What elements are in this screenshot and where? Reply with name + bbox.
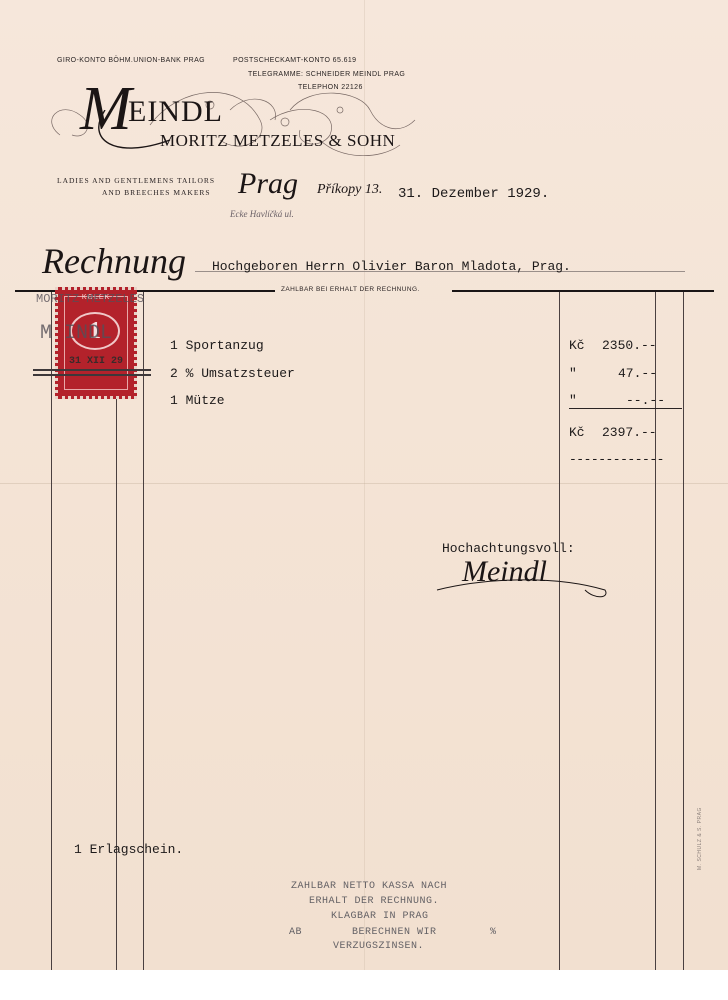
- line-item-currency: Kč: [569, 338, 585, 353]
- enclosure-note: 1 Erlagschein.: [74, 842, 183, 857]
- rubber-stamp-line: AB: [289, 927, 302, 938]
- column-divider: [143, 292, 144, 970]
- telegram-address: TELEGRAMME: SCHNEIDER MEINDL PRAG: [248, 71, 405, 78]
- line-item-description: 1 Sportanzug: [170, 338, 264, 353]
- column-divider: [683, 292, 684, 970]
- invoice-date: 31. Dezember 1929.: [398, 186, 549, 202]
- postal-account: POSTSCHECKAMT-KONTO 65.619: [233, 57, 356, 64]
- tagline-line-1: LADIES AND GENTLEMENS TAILORS: [57, 176, 215, 185]
- stamp-overprint-mid: M INDL: [40, 322, 112, 345]
- stamp-overprint-top: MORITZ METZELES: [36, 292, 144, 306]
- rubber-stamp-line: ZAHLBAR NETTO KASSA NACH: [291, 881, 447, 892]
- recipient: Hochgeboren Herrn Olivier Baron Mladota,…: [212, 259, 571, 274]
- payment-note: ZAHLBAR BEI ERHALT DER RECHNUNG.: [281, 286, 420, 293]
- stamp-strike-line: [33, 369, 151, 371]
- bank-account: GIRO-KONTO BÖHM.UNION-BANK PRAG: [57, 57, 205, 64]
- line-item-description: 1 Mütze: [170, 393, 225, 408]
- total-currency: Kč: [569, 425, 585, 440]
- tagline-line-2: AND BREECHES MAKERS: [102, 188, 211, 197]
- rubber-stamp-line: KLAGBAR IN PRAG: [331, 911, 429, 922]
- rubber-stamp-line: %: [490, 927, 497, 938]
- stamp-cancel-date: 31 XII 29: [58, 356, 134, 367]
- line-item-currency: ": [569, 393, 577, 408]
- address-note: Ecke Havlíčká ul.: [230, 209, 294, 219]
- city: Prag: [238, 167, 298, 201]
- street-address: Příkopy 13.: [317, 182, 382, 198]
- line-item-amount: 47.--: [618, 366, 657, 381]
- printer-mark: M. SCHULZ & S. PRAG: [697, 807, 703, 870]
- line-item-amount: --.--: [626, 393, 665, 408]
- stamp-strike-line: [33, 374, 151, 376]
- total-amount: 2397.--: [602, 425, 657, 440]
- line-item-description: 2 % Umsatzsteuer: [170, 366, 295, 381]
- rubber-stamp-line: ERHALT DER RECHNUNG.: [309, 896, 439, 907]
- line-item-currency: ": [569, 366, 577, 381]
- header-rule-right: [452, 290, 714, 292]
- invoice-paper: GIRO-KONTO BÖHM.UNION-BANK PRAG POSTSCHE…: [0, 0, 728, 970]
- column-divider: [51, 292, 52, 970]
- closing-salutation: Hochachtungsvoll:: [442, 541, 575, 556]
- signature-flourish-icon: [435, 560, 615, 605]
- rubber-stamp-line: VERZUGSZINSEN.: [333, 941, 424, 952]
- company-name: MORITZ METZELES & SOHN: [160, 132, 395, 149]
- line-item-amount: 2350.--: [602, 338, 657, 353]
- total-underline: -------------: [569, 452, 664, 467]
- rubber-stamp-line: BERECHNEN WIR: [352, 927, 437, 938]
- invoice-title: Rechnung: [42, 240, 186, 282]
- subtotal-rule: [569, 408, 682, 409]
- column-divider: [559, 292, 560, 970]
